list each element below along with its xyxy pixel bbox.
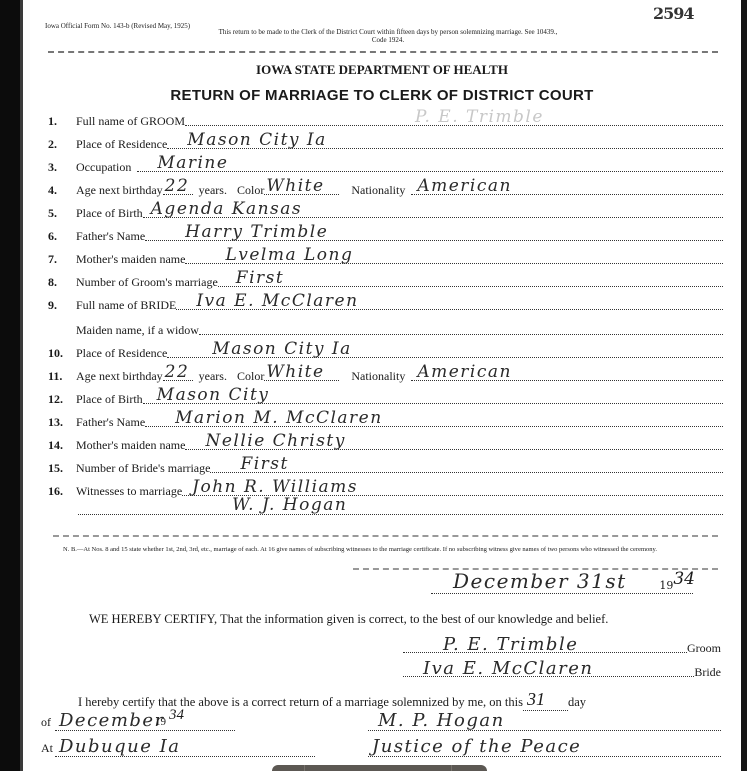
field-groom-father: 6. Father's Name Harry Trimble [48, 226, 723, 244]
bride-marriage-number-value: First [240, 454, 288, 474]
field-bride-father: 13. Father's Name Marion M. McClaren [48, 412, 723, 430]
toolbar-button[interactable] [305, 765, 452, 771]
filing-date: December 31st 1934 [431, 573, 693, 594]
viewer-toolbar[interactable] [272, 765, 487, 771]
scan-border-left [0, 0, 20, 771]
bride-age-value: 22 [165, 362, 190, 382]
scan-border-right [741, 0, 747, 771]
officiant-signature-line: M. P. Hogan [368, 712, 721, 731]
field-bride-mother: 14. Mother's maiden name Nellie Christy [48, 435, 723, 453]
bride-residence-value: Mason City Ia [212, 339, 352, 359]
form-number: Iowa Official Form No. 143-b (Revised Ma… [45, 22, 190, 30]
groom-occupation-value: Marine [157, 153, 228, 173]
bride-nationality-value: American [417, 362, 512, 382]
day-value: 31 [527, 689, 545, 710]
bride-name-value: Iva E. McClaren [196, 291, 358, 311]
divider [53, 535, 718, 537]
month-value: December [59, 710, 165, 731]
groom-name-value: P. E. Trimble [415, 107, 544, 127]
filing-instruction: This return to be made to the Clerk of t… [218, 28, 558, 44]
field-bride-name: 9. Full name of BRIDE Iva E. McClaren [48, 295, 723, 313]
certification-statement: WE HEREBY CERTIFY, That the information … [89, 612, 608, 627]
bride-signature: Iva E. McClaren [423, 658, 593, 679]
bride-birthplace-value: Mason City [157, 385, 270, 405]
groom-age-value: 22 [165, 176, 190, 196]
field-groom-marriage-number: 8. Number of Groom's marriage First [48, 272, 723, 290]
groom-signature: P. E. Trimble [443, 634, 578, 655]
groom-residence-value: Mason City Ia [187, 130, 327, 150]
toolbar-button[interactable] [272, 765, 305, 771]
field-bride-marriage-number: 15. Number of Bride's marriage First [48, 458, 723, 476]
divider [48, 51, 718, 53]
field-bride-maiden-name: Maiden name, if a widow [48, 320, 723, 338]
field-groom-mother: 7. Mother's maiden name Lvelma Long [48, 249, 723, 267]
officiant-title: Justice of the Peace [372, 736, 581, 757]
filing-date-value: December 31st [453, 569, 627, 593]
form-title: RETURN OF MARRIAGE TO CLERK OF DISTRICT … [23, 87, 741, 104]
department-heading: IOWA STATE DEPARTMENT OF HEALTH [23, 62, 741, 78]
witness-extra-line [78, 514, 723, 515]
bride-signature-line: Iva E. McClaren Bride [403, 662, 721, 680]
officiant-statement: I hereby certify that the above is a cor… [78, 695, 586, 711]
officiant-title-line: Justice of the Peace [368, 738, 721, 757]
groom-birthplace-value: Agenda Kansas [151, 199, 302, 219]
place-value: Dubuque Ia [59, 736, 180, 757]
groom-nationality-value: American [417, 176, 512, 196]
field-groom-name: 1. Full name of GROOM P. E. Trimble [48, 111, 723, 129]
record-number: 2594 [653, 4, 694, 23]
field-groom-age: 4. Age next birthday 22 years. Color Whi… [48, 180, 723, 198]
groom-color-value: White [266, 176, 324, 196]
field-groom-occupation: 3. Occupation Marine [48, 157, 723, 175]
groom-marriage-number-value: First [236, 268, 284, 288]
field-bride-residence: 10. Place of Residence Mason City Ia [48, 343, 723, 361]
witness-2-value: W. J. Hogan [232, 495, 347, 515]
groom-mother-value: Lvelma Long [225, 245, 353, 265]
field-witnesses: 16. Witnesses to marriage John R. Willia… [48, 481, 723, 499]
groom-father-value: Harry Trimble [185, 222, 328, 242]
groom-signature-line: P. E. Trimble Groom [403, 638, 721, 656]
bride-father-value: Marion M. McClaren [175, 408, 383, 428]
field-bride-birthplace: 12. Place of Birth Mason City [48, 389, 723, 407]
field-groom-residence: 2. Place of Residence Mason City Ia [48, 134, 723, 152]
field-groom-birthplace: 5. Place of Birth Agenda Kansas [48, 203, 723, 221]
bride-mother-value: Nellie Christy [205, 431, 345, 451]
marriage-return-form: Iowa Official Form No. 143-b (Revised Ma… [23, 0, 741, 771]
toolbar-button[interactable] [452, 765, 487, 771]
witness-1-value: John R. Williams [192, 477, 358, 497]
field-bride-age: 11. Age next birthday 22 years. Color Wh… [48, 366, 723, 384]
bride-color-value: White [266, 362, 324, 382]
officiant-signature: M. P. Hogan [378, 710, 505, 731]
footnote: N. B.—At Nos. 8 and 15 state whether 1st… [63, 546, 713, 554]
